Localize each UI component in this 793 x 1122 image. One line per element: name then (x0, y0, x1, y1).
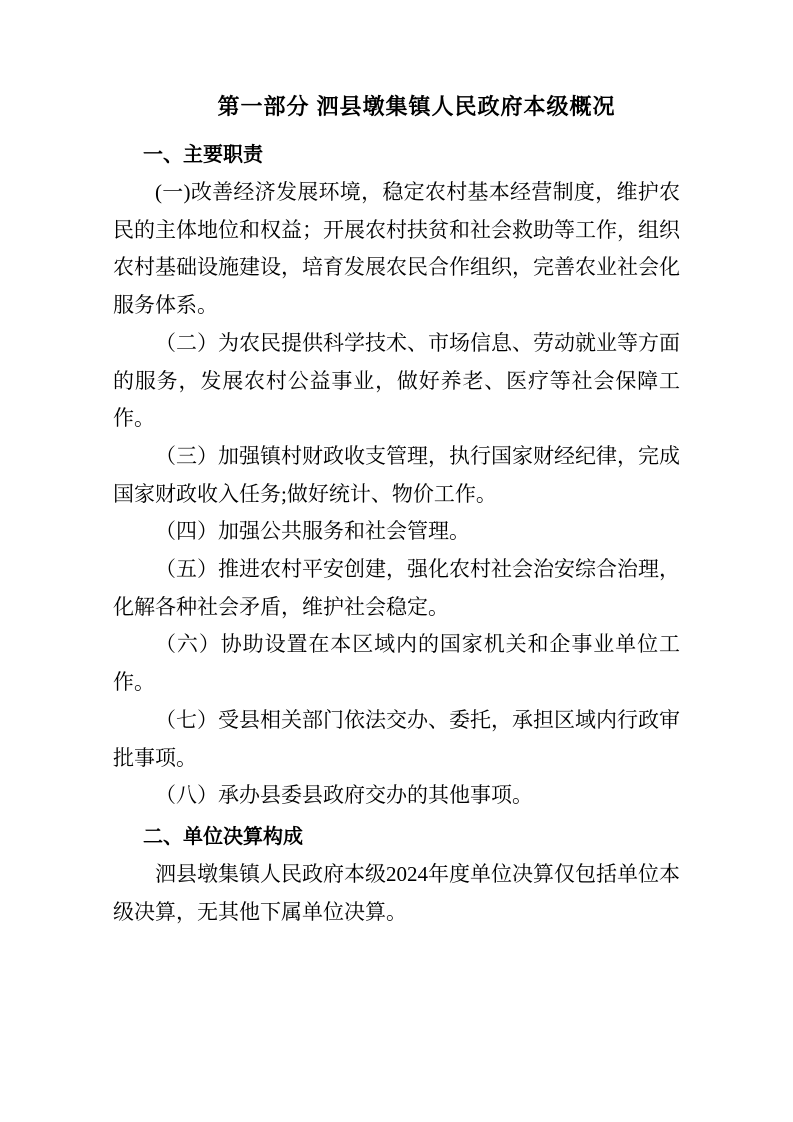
duty-paragraph-6: （六）协助设置在本区域内的国家机关和企事业单位工作。 (113, 626, 680, 701)
document-title: 第一部分 泗县墩集镇人民政府本级概况 (113, 88, 680, 126)
duty-paragraph-2: （二）为农民提供科学技术、市场信息、劳动就业等方面的服务，发展农村公益事业，做好… (113, 325, 680, 438)
document-page: 第一部分 泗县墩集镇人民政府本级概况 一、主要职责 (一)改善经济发展环境，稳定… (0, 0, 793, 1122)
heading-final-accounts-composition: 二、单位决算构成 (113, 818, 680, 856)
duty-paragraph-8: （八）承办县委县政府交办的其他事项。 (113, 777, 680, 815)
duty-paragraph-5: （五）推进农村平安创建，强化农村社会治安综合治理，化解各种社会矛盾，维护社会稳定… (113, 551, 680, 626)
duty-paragraph-7: （七）受县相关部门依法交办、委托，承担区域内行政审批事项。 (113, 702, 680, 777)
duty-paragraph-3: （三）加强镇村财政收支管理，执行国家财经纪律，完成国家财政收入任务;做好统计、物… (113, 438, 680, 513)
duty-paragraph-4: （四）加强公共服务和社会管理。 (113, 513, 680, 551)
heading-main-duties: 一、主要职责 (113, 136, 680, 174)
final-accounts-paragraph: 泗县墩集镇人民政府本级2024年度单位决算仅包括单位本级决算，无其他下属单位决算… (113, 856, 680, 931)
duty-paragraph-1: (一)改善经济发展环境，稳定农村基本经营制度，维护农民的主体地位和权益；开展农村… (113, 174, 680, 325)
